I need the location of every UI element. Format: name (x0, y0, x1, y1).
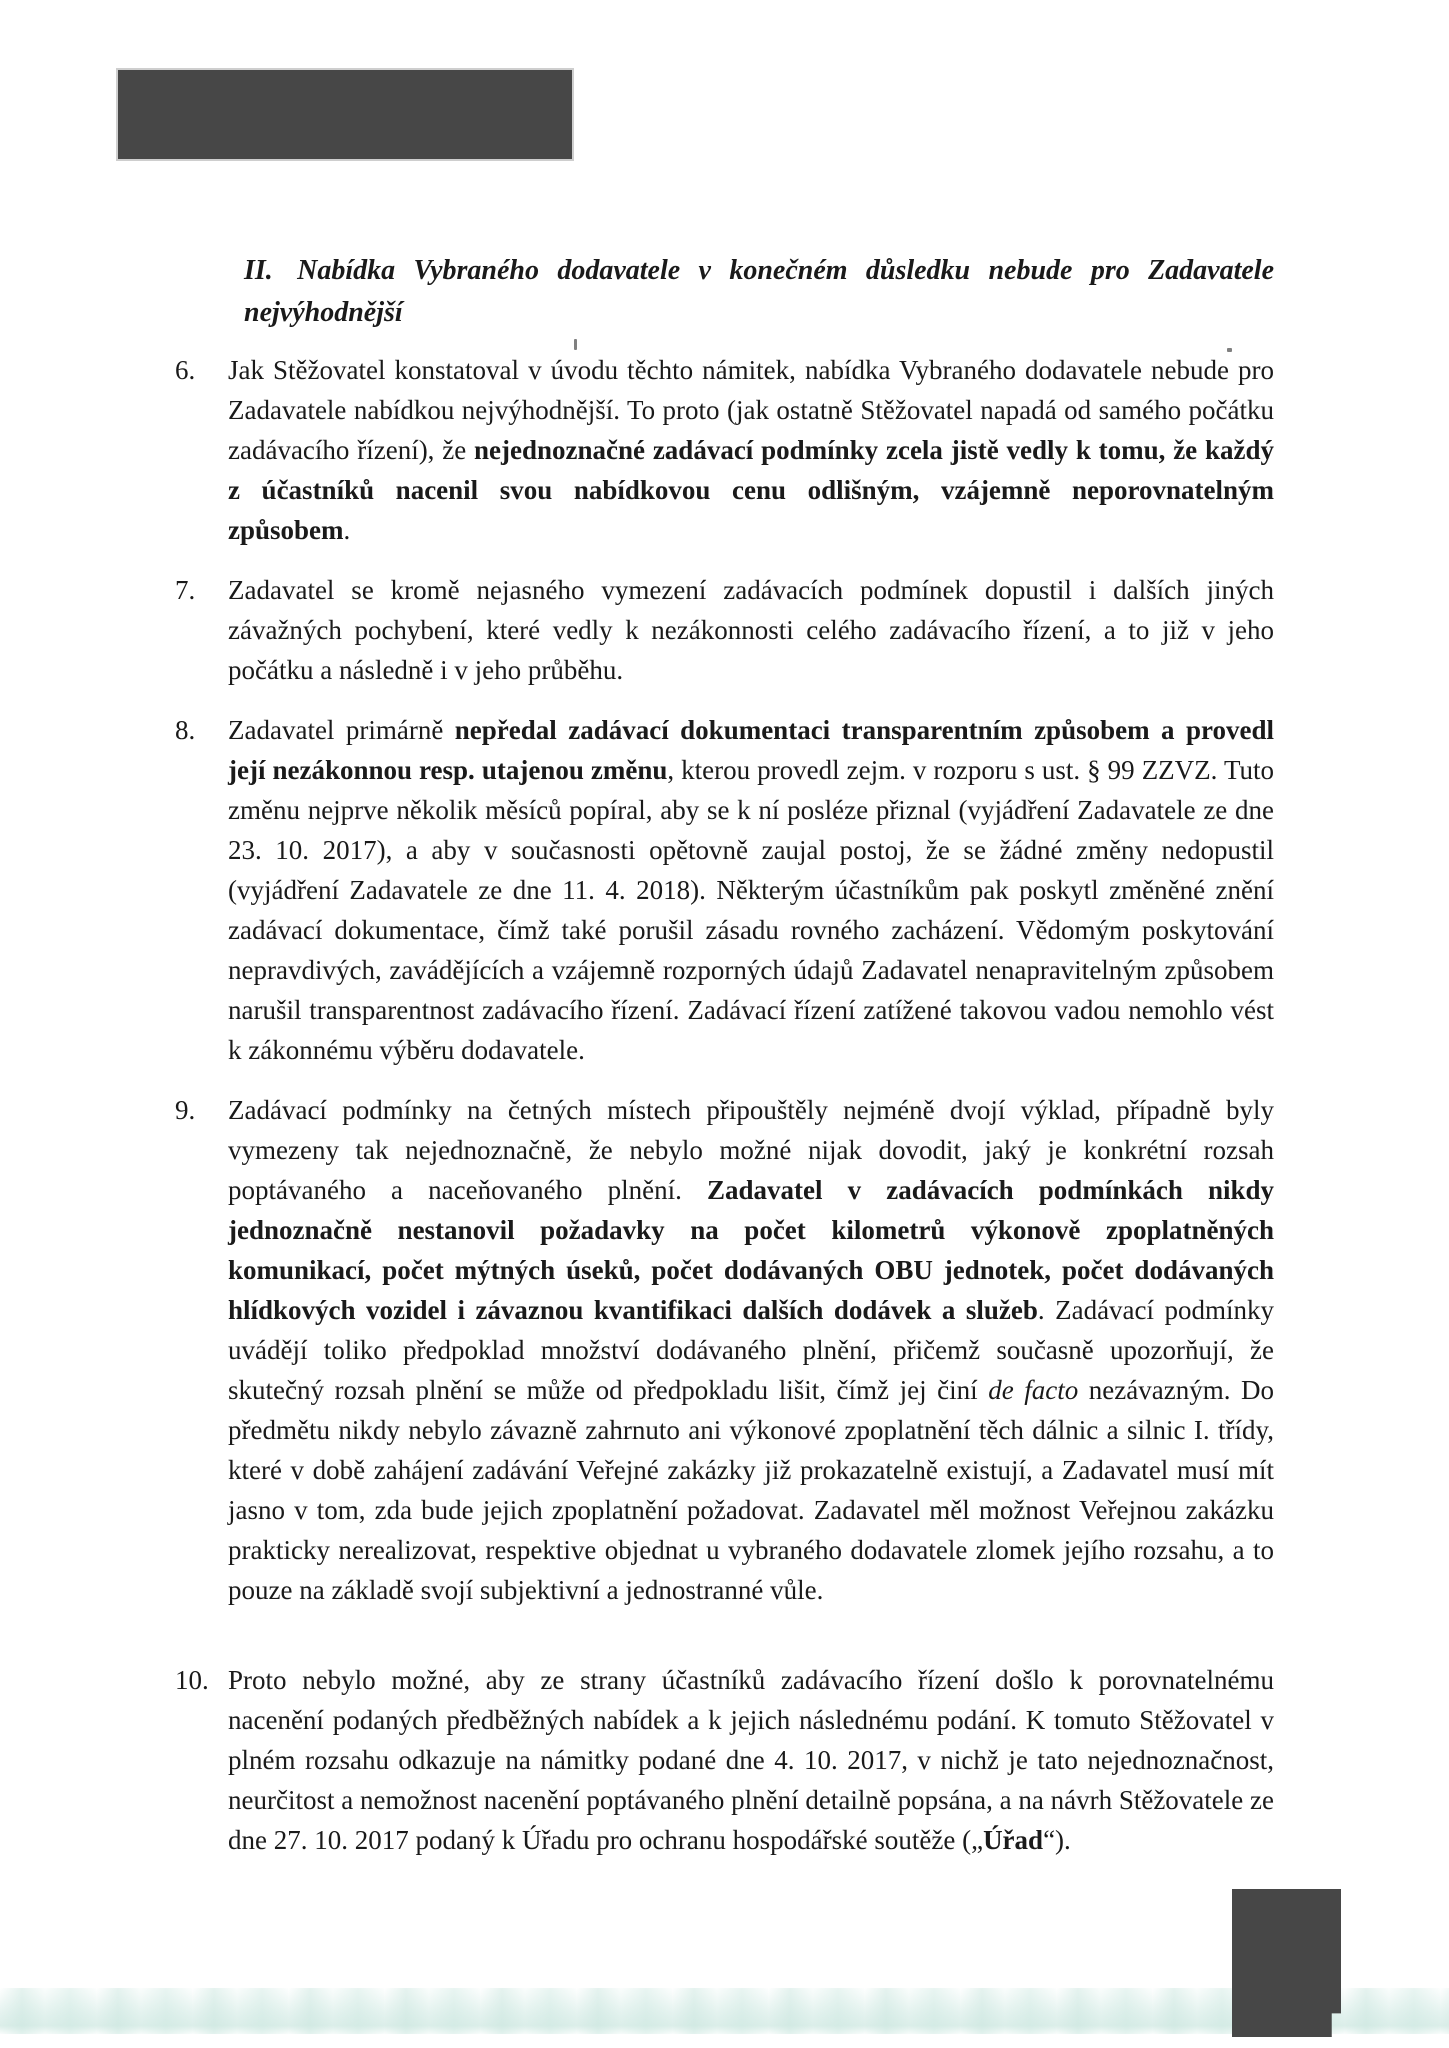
text-run: Proto nebylo možné, aby ze strany účastn… (228, 1665, 1274, 1855)
paragraph-7: 7.Zadavatel se kromě nejasného vymezení … (228, 570, 1274, 690)
text-run: Zadavatel se kromě nejasného vymezení za… (228, 575, 1274, 685)
document-page: II. Nabídka Vybraného dodavatele v koneč… (0, 0, 1449, 2048)
text-run: de facto (988, 1375, 1078, 1405)
text-run: “). (1043, 1825, 1071, 1855)
scan-artifact-band (0, 1988, 1449, 2034)
paragraph-number: 8. (175, 710, 195, 750)
section-number: II. (244, 255, 279, 286)
text-run: Zadavatel primárně (228, 715, 455, 745)
paragraph-6: 6.Jak Stěžovatel konstatoval v úvodu těc… (228, 350, 1274, 550)
text-run: nezávazným. Do předmětu nikdy nebylo záv… (228, 1375, 1274, 1605)
document-content: II. Nabídka Vybraného dodavatele v koneč… (0, 0, 1449, 1880)
redaction-block-bottom (1232, 1889, 1341, 2037)
section-heading: II. Nabídka Vybraného dodavatele v koneč… (244, 250, 1274, 334)
paragraph-10: 10.Proto nebylo možné, aby ze strany úča… (228, 1660, 1274, 1860)
section-title: Nabídka Vybraného dodavatele v konečném … (244, 255, 1274, 328)
paragraph-list: 6.Jak Stěžovatel konstatoval v úvodu těc… (0, 350, 1449, 1860)
paragraph-8: 8.Zadavatel primárně nepředal zadávací d… (228, 710, 1274, 1070)
paragraph-number: 6. (175, 350, 195, 390)
text-run: , kterou provedl zejm. v rozporu s ust. … (228, 755, 1274, 1065)
scan-speck (574, 339, 577, 350)
scan-speck (1227, 348, 1232, 352)
paragraph-number: 9. (175, 1090, 195, 1130)
text-run: . (344, 515, 351, 545)
paragraph-number: 7. (175, 570, 195, 610)
paragraph-9: 9.Zadávací podmínky na četných místech p… (228, 1090, 1274, 1610)
text-run: Úřad (983, 1825, 1043, 1855)
paragraph-number: 10. (175, 1660, 209, 1700)
